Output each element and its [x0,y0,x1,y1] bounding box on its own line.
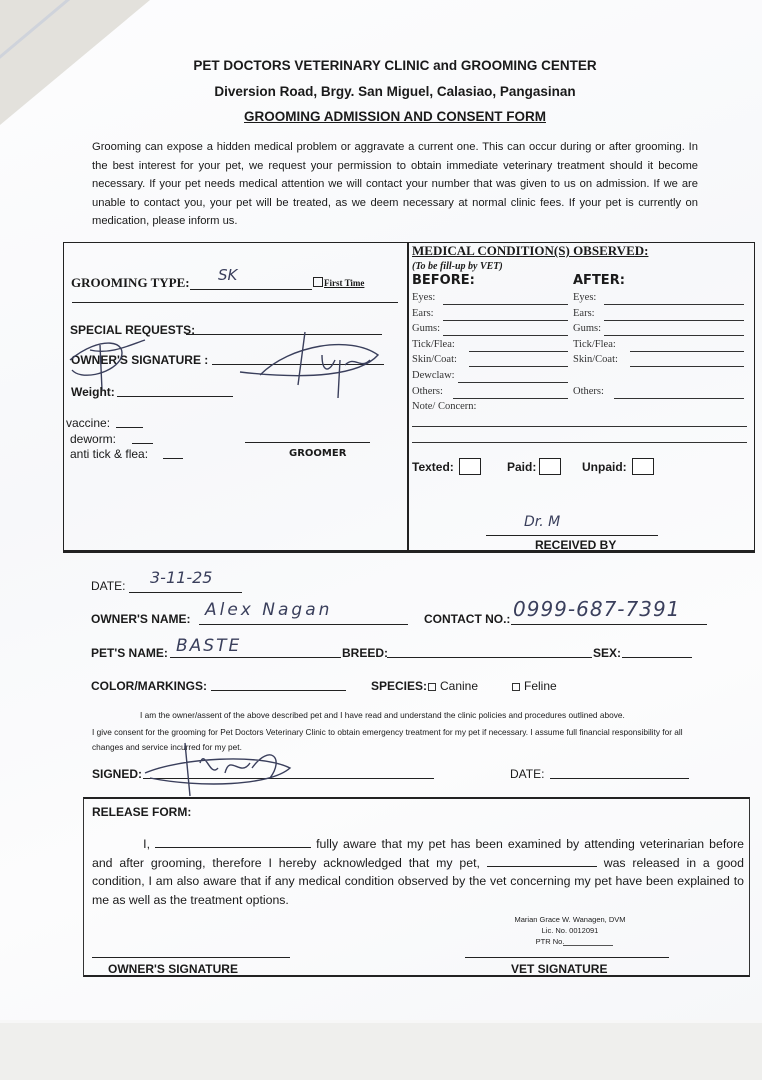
ptr-field[interactable] [563,945,613,946]
color-markings-field[interactable] [211,690,346,691]
feline-checkbox[interactable] [512,683,520,691]
vaccine-field[interactable] [116,427,143,428]
release-paragraph: I, fully aware that my pet has been exam… [92,835,744,909]
after-field-label: Gums: [573,323,601,334]
medical-subtitle: (To be fill-up by VET) [412,261,503,272]
release-text-a: I, [92,835,150,854]
sex-field[interactable] [622,657,692,658]
medical-title: MEDICAL CONDITION(S) OBSERVED: [412,243,648,259]
pet-name-field[interactable] [170,657,341,658]
owner-signature-field[interactable] [212,364,384,365]
note-line-1[interactable] [412,426,747,427]
canine-checkbox[interactable] [428,683,436,691]
date-field[interactable] [129,592,242,593]
groomer-label: GROOMER [289,448,346,459]
before-field-line[interactable] [458,382,568,383]
paid-label: Paid: [507,460,536,474]
contact-label: CONTACT NO.: [424,612,510,626]
owner-name-label: OWNER'S NAME: [91,612,191,626]
first-time-label: First Time [324,278,364,288]
after-field-label: Skin/Coat: [573,354,618,365]
owner-signature-release-field[interactable] [92,957,290,958]
vet-license: Lic. No. 0012091 [510,926,630,935]
before-field-line[interactable] [443,304,569,305]
note-line-2[interactable] [412,442,747,443]
special-requests-field[interactable] [186,334,382,335]
anti-tick-field[interactable] [163,458,183,459]
received-by-label: RECEIVED BY [535,538,616,552]
after-field-label: Tick/Flea: [573,339,616,350]
after-field-line[interactable] [604,335,745,336]
clinic-address: Diversion Road, Brgy. San Miguel, Calasi… [0,84,762,99]
after-field-label: Ears: [573,308,595,319]
weight-label: Weight: [71,385,115,399]
date-label: DATE: [91,579,125,593]
after-field-line[interactable] [614,398,744,399]
grooming-type-field[interactable] [190,289,312,290]
consent-text-2: I give consent for the grooming for Pet … [92,725,702,755]
grooming-type-extra-line[interactable] [72,302,398,303]
before-field-label: Eyes: [412,292,435,303]
before-field-label: Skin/Coat: [412,354,457,365]
vaccine-label: vaccine: [66,416,110,430]
before-field-label: Dewclaw: [412,370,455,381]
unpaid-checkbox[interactable] [632,458,654,475]
release-owner-name-field[interactable] [155,835,311,848]
after-field-label: Others: [573,386,604,397]
release-pet-name-field[interactable] [487,854,597,867]
vet-name: Marian Grace W. Wanagen, DVM [510,915,630,924]
before-field-label: Others: [412,386,443,397]
breed-label: BREED: [342,646,388,660]
consent-text-1: I am the owner/assent of the above descr… [140,710,625,720]
before-field-label: Ears: [412,308,434,319]
consent-date-field[interactable] [550,778,689,779]
texted-checkbox[interactable] [459,458,481,475]
before-field-line[interactable] [443,320,569,321]
note-label: Note/ Concern: [412,401,476,412]
anti-tick-label: anti tick & flea: [70,447,148,461]
after-label: AFTER: [573,273,625,288]
clinic-name: PET DOCTORS VETERINARY CLINIC and GROOMI… [0,58,762,73]
before-field-line[interactable] [469,351,568,352]
texted-label: Texted: [412,460,454,474]
sex-label: SEX: [593,646,621,660]
first-time-checkbox[interactable] [313,277,323,287]
owner-signature-release-label: OWNER'S SIGNATURE [108,962,238,976]
before-field-line[interactable] [469,366,568,367]
owner-signature-label: OWNER'S SIGNATURE : [71,353,208,367]
vet-signature-label: VET SIGNATURE [511,962,607,976]
after-field-line[interactable] [604,304,745,305]
pet-name-value: BASTE [176,636,241,656]
before-label: BEFORE: [412,273,475,288]
after-field-label: Eyes: [573,292,596,303]
before-field-line[interactable] [443,335,569,336]
grooming-type-value: SK [218,266,237,284]
groomer-signature-field[interactable] [245,442,370,443]
signed-label: SIGNED: [92,767,142,781]
form-title: GROOMING ADMISSION AND CONSENT FORM [0,109,762,124]
unpaid-label: Unpaid: [582,460,627,474]
after-field-line[interactable] [630,351,744,352]
feline-label: Feline [524,679,557,693]
signed-field[interactable] [143,778,434,779]
vet-signature-field[interactable] [465,957,669,958]
special-requests-label: SPECIAL REQUESTS: [70,323,195,337]
release-title: RELEASE FORM: [92,805,191,819]
received-by-value: Dr. M [524,514,560,530]
after-field-line[interactable] [604,320,745,321]
contact-field[interactable] [511,624,707,625]
contact-value: 0999-687-7391 [513,597,680,621]
weight-field[interactable] [117,396,233,397]
species-label: SPECIES: [371,679,427,693]
scanner-bed-strip [0,1020,762,1080]
date-value: 3-11-25 [150,568,212,587]
before-field-label: Gums: [412,323,440,334]
pet-name-label: PET'S NAME: [91,646,168,660]
breed-field[interactable] [387,657,592,658]
grooming-type-label: GROOMING TYPE: [71,275,190,291]
before-field-line[interactable] [453,398,568,399]
box-divider [407,242,409,553]
deworm-field[interactable] [132,443,153,444]
consent-date-label: DATE: [510,767,544,781]
owner-name-value: Alex Nagan [205,600,332,620]
canine-label: Canine [440,679,478,693]
received-by-field[interactable] [486,535,658,536]
owner-name-field[interactable] [199,624,408,625]
deworm-label: deworm: [70,432,116,446]
after-field-line[interactable] [630,366,744,367]
before-field-label: Tick/Flea: [412,339,455,350]
intro-paragraph: Grooming can expose a hidden medical pro… [92,138,698,231]
color-markings-label: COLOR/MARKINGS: [91,679,207,693]
paid-checkbox[interactable] [539,458,561,475]
